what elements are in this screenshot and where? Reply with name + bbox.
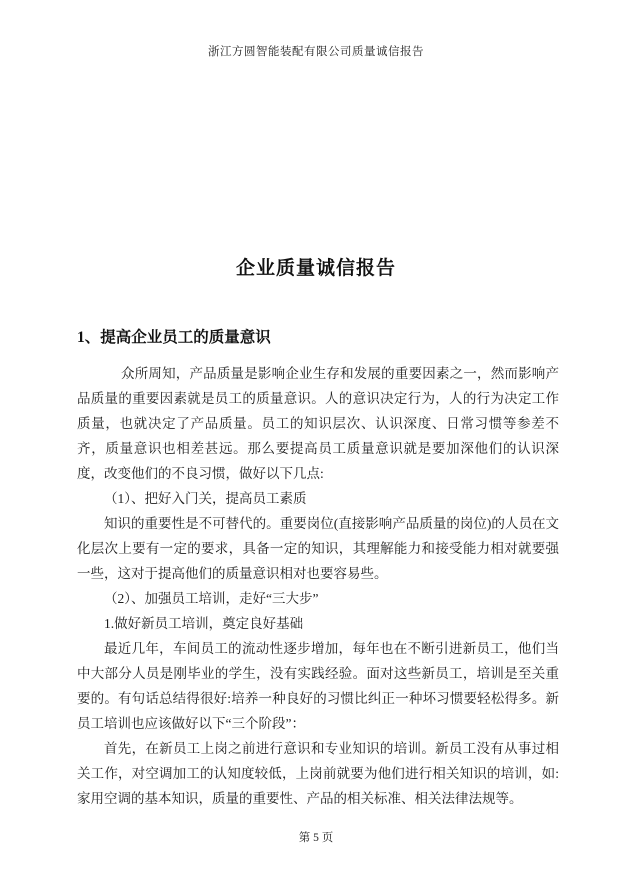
paragraph-step-1-title: 1.做好新员工培训，奠定良好基础 xyxy=(77,611,559,636)
document-page: 浙江方圆智能装配有限公司质量诚信报告 企业质量诚信报告 1、提高企业员工的质量意… xyxy=(0,0,632,893)
paragraph-subpoint-1: （1）、把好入门关，提高员工素质 xyxy=(77,486,559,511)
document-title: 企业质量诚信报告 xyxy=(0,253,632,280)
paragraph: 知识的重要性是不可替代的。重要岗位(直接影响产品质量的岗位)的人员在文化层次上要… xyxy=(77,511,559,586)
paragraph-subpoint-2: （2）、加强员工培训，走好“三大步” xyxy=(77,586,559,611)
page-number: 第 5 页 xyxy=(0,829,632,845)
paragraph: 首先，在新员工上岗之前进行意识和专业知识的培训。新员工没有从事过相关工作，对空调… xyxy=(77,736,559,811)
document-body: 1、提高企业员工的质量意识 众所周知，产品质量是影响企业生存和发展的重要因素之一… xyxy=(77,327,559,811)
paragraph: 最近几年，车间员工的流动性逐步增加，每年也在不断引进新员工，他们当中大部分人员是… xyxy=(77,636,559,736)
page-header: 浙江方圆智能装配有限公司质量诚信报告 xyxy=(0,43,632,59)
section-heading: 1、提高企业员工的质量意识 xyxy=(77,327,559,349)
paragraph: 众所周知，产品质量是影响企业生存和发展的重要因素之一，然而影响产品质量的重要因素… xyxy=(77,361,559,486)
